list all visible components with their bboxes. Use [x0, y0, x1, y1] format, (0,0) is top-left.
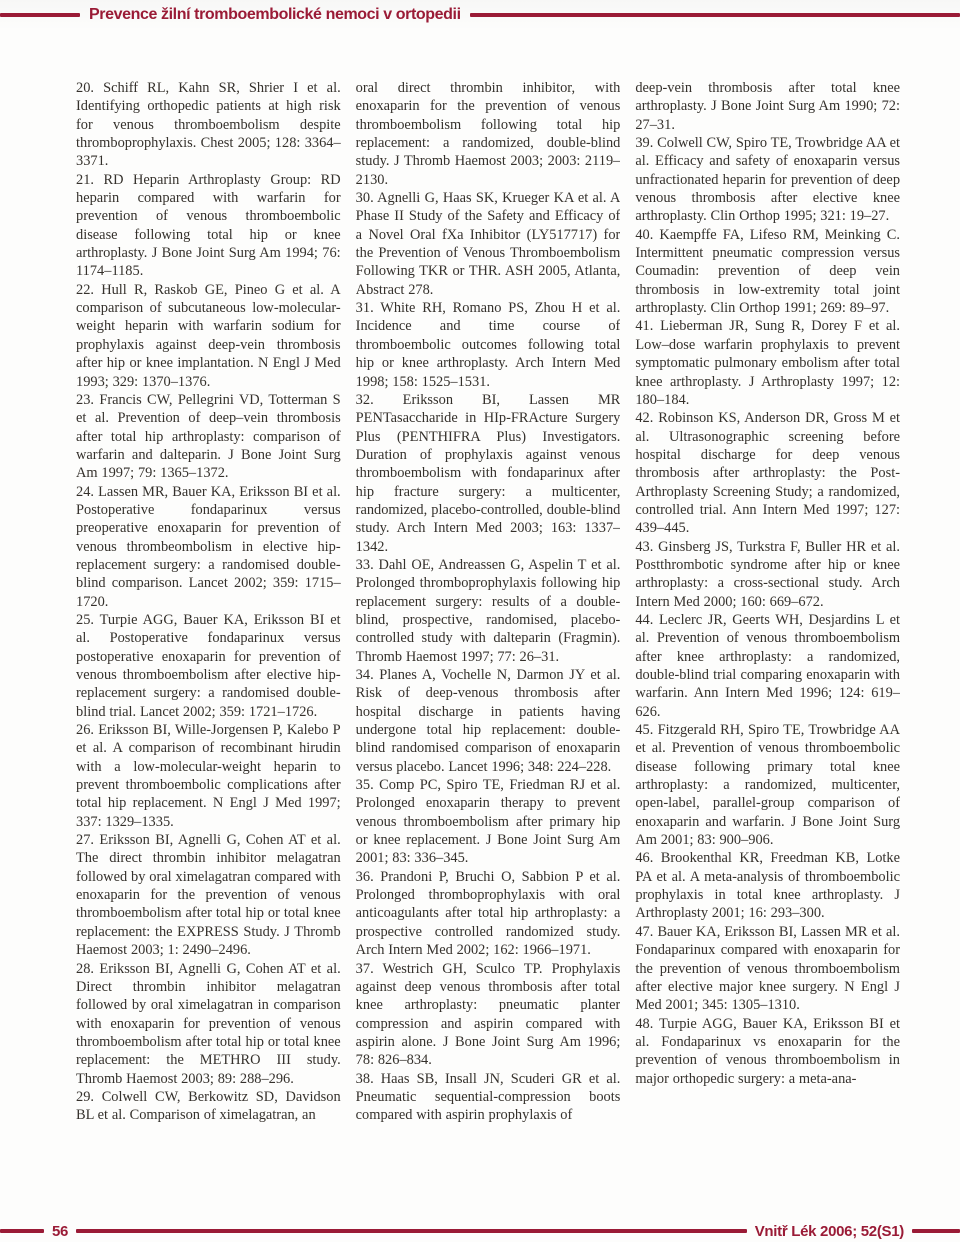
page-number: 56: [44, 1223, 76, 1240]
reference-item: 47. Bauer KA, Eriksson BI, Lassen MR et …: [635, 923, 900, 1015]
references-column-2: oral direct thrombin inhibitor, with eno…: [356, 79, 621, 1191]
references-column-3: deep-vein thrombosis after total knee ar…: [635, 79, 900, 1191]
reference-item: 36. Prandoni P, Bruchi O, Sabbion P et a…: [356, 868, 621, 960]
reference-item: 39. Colwell CW, Spiro TE, Trowbridge AA …: [635, 134, 900, 226]
reference-item: 27. Eriksson BI, Agnelli G, Cohen AT et …: [76, 831, 341, 959]
footer-rule-left: [0, 1229, 44, 1233]
reference-item: 37. Westrich GH, Sculco TP. Prophylaxis …: [356, 960, 621, 1070]
reference-item: 33. Dahl OE, Andreassen G, Aspelin T et …: [356, 556, 621, 666]
header-rule-right: [470, 13, 960, 17]
reference-item: 32. Eriksson BI, Lassen MR PENTasacchari…: [356, 391, 621, 556]
reference-item: 24. Lassen MR, Bauer KA, Eriksson BI et …: [76, 483, 341, 611]
references-column-1: 20. Schiff RL, Kahn SR, Shrier I et al. …: [76, 79, 341, 1191]
reference-item: 35. Comp PC, Spiro TE, Friedman RJ et al…: [356, 776, 621, 868]
journal-citation: Vnitř Lék 2006; 52(S1): [747, 1223, 912, 1240]
reference-item: 46. Brookenthal KR, Freedman KB, Lotke P…: [635, 849, 900, 922]
footer-rule-right: [912, 1229, 960, 1233]
reference-item: 21. RD Heparin Arthroplasty Group: RD he…: [76, 171, 341, 281]
reference-item: 43. Ginsberg JS, Turkstra F, Buller HR e…: [635, 538, 900, 611]
reference-item: 31. White RH, Romano PS, Zhou H et al. I…: [356, 299, 621, 391]
reference-item: 20. Schiff RL, Kahn SR, Shrier I et al. …: [76, 79, 341, 171]
running-head-title: Prevence žilní tromboembolické nemoci v …: [80, 6, 470, 24]
reference-item: 48. Turpie AGG, Bauer KA, Eriksson BI et…: [635, 1015, 900, 1088]
footer-rule-middle: [76, 1229, 747, 1233]
reference-item: 25. Turpie AGG, Bauer KA, Eriksson BI et…: [76, 611, 341, 721]
page-footer: 56 Vnitř Lék 2006; 52(S1): [0, 1221, 960, 1241]
page-header: Prevence žilní tromboembolické nemoci v …: [0, 4, 960, 26]
reference-item: deep-vein thrombosis after total knee ar…: [635, 79, 900, 134]
references-section: 20. Schiff RL, Kahn SR, Shrier I et al. …: [76, 79, 900, 1191]
reference-item: 23. Francis CW, Pellegrini VD, Totterman…: [76, 391, 341, 483]
reference-item: 30. Agnelli G, Haas SK, Krueger KA et al…: [356, 189, 621, 299]
header-rule-left: [0, 13, 80, 17]
reference-item: 38. Haas SB, Insall JN, Scuderi GR et al…: [356, 1070, 621, 1125]
journal-page: Prevence žilní tromboembolické nemoci v …: [0, 0, 960, 1242]
reference-item: 34. Planes A, Vochelle N, Darmon JY et a…: [356, 666, 621, 776]
reference-item: 44. Leclerc JR, Geerts WH, Desjardins L …: [635, 611, 900, 721]
reference-item: 29. Colwell CW, Berkowitz SD, Davidson B…: [76, 1088, 341, 1125]
reference-item: 45. Fitzgerald RH, Spiro TE, Trowbridge …: [635, 721, 900, 849]
reference-item: 28. Eriksson BI, Agnelli G, Cohen AT et …: [76, 960, 341, 1088]
reference-item: 41. Lieberman JR, Sung R, Dorey F et al.…: [635, 317, 900, 409]
reference-item: oral direct thrombin inhibitor, with eno…: [356, 79, 621, 189]
reference-item: 22. Hull R, Raskob GE, Pineo G et al. A …: [76, 281, 341, 391]
reference-item: 40. Kaempffe FA, Lifeso RM, Meinking C. …: [635, 226, 900, 318]
reference-item: 42. Robinson KS, Anderson DR, Gross M et…: [635, 409, 900, 537]
reference-item: 26. Eriksson BI, Wille-Jorgensen P, Kale…: [76, 721, 341, 831]
